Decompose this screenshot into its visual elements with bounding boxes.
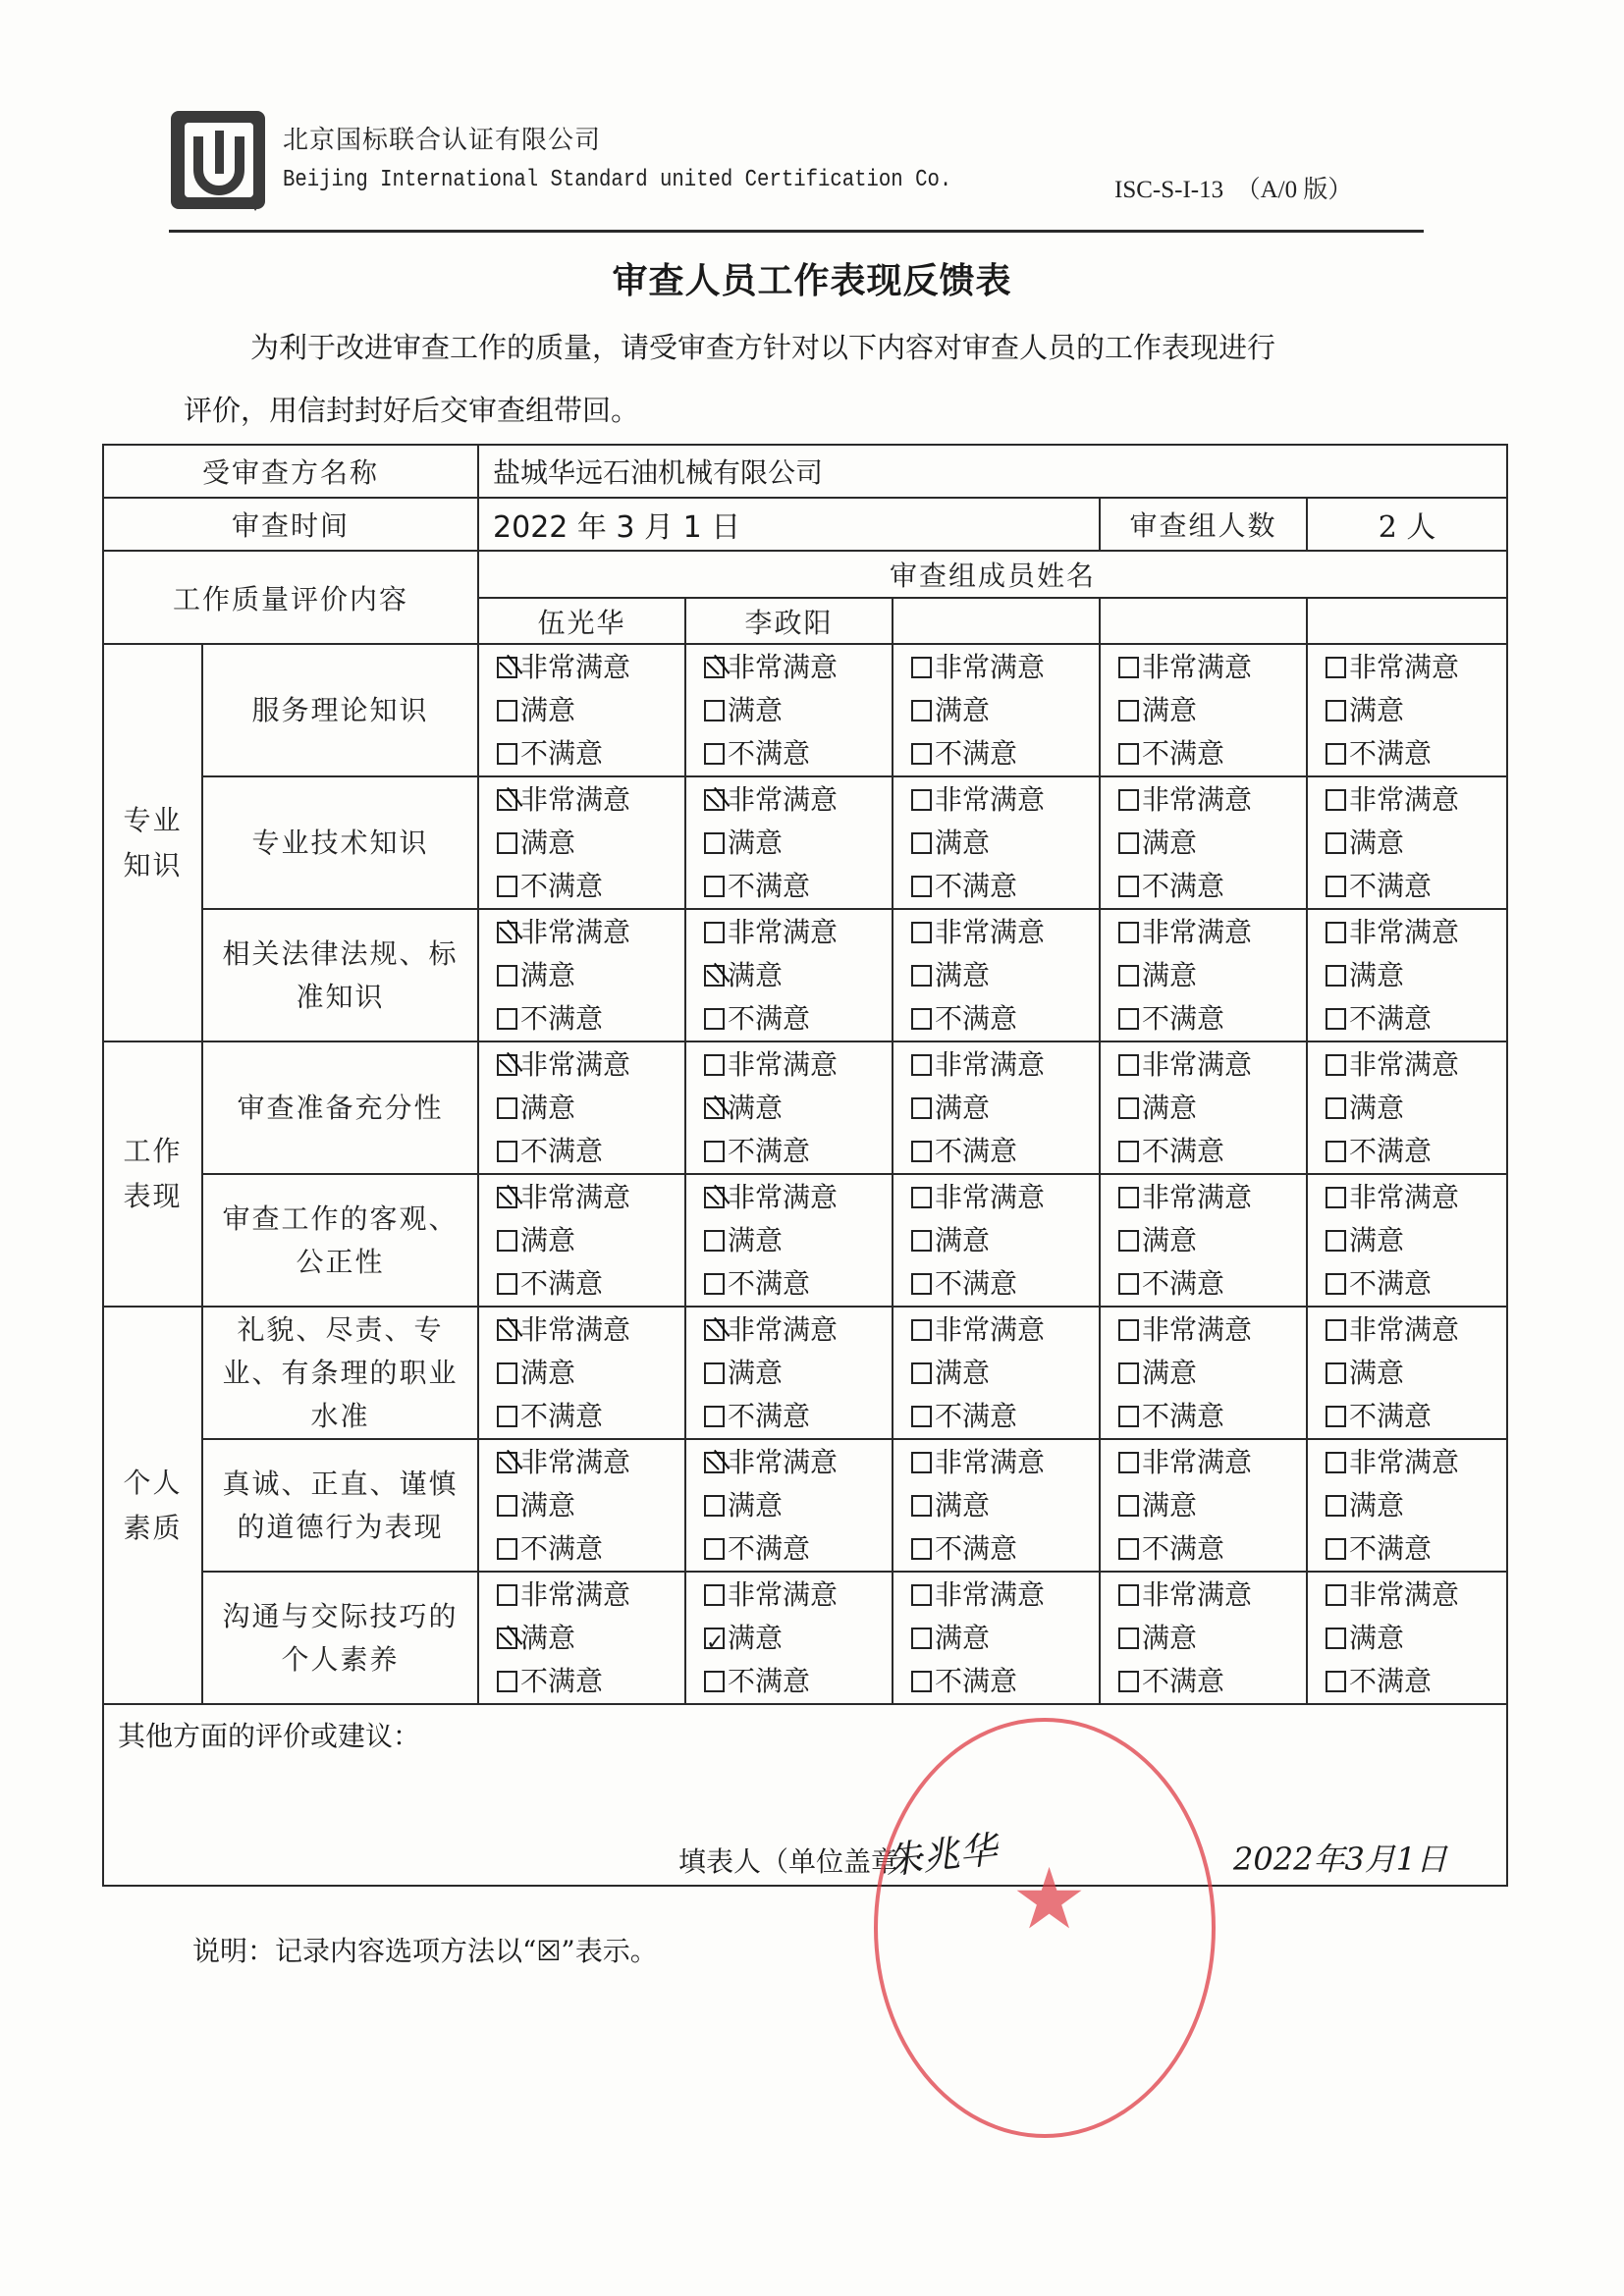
checkbox-empty-icon[interactable] — [497, 965, 517, 987]
rating-option[interactable]: 非常满意 — [497, 646, 684, 689]
rating-option[interactable]: 满意 — [1326, 689, 1506, 732]
checkbox-empty-icon[interactable] — [497, 1495, 517, 1517]
company-name-cn: 北京国标联合认证有限公司 — [283, 120, 601, 156]
checkbox-checked-icon[interactable] — [497, 1187, 517, 1208]
checkbox-empty-icon[interactable] — [911, 1628, 932, 1649]
rating-option[interactable]: 不满意 — [911, 865, 1099, 908]
rating-option[interactable]: 不满意 — [1326, 1262, 1506, 1306]
checkbox-empty-icon[interactable] — [1326, 1584, 1346, 1606]
checkbox-empty-icon[interactable] — [911, 657, 932, 678]
member-name-2[interactable]: 李政阳 — [685, 598, 893, 644]
rating-option-label: 不满意 — [728, 1665, 810, 1697]
rating-option-label: 不满意 — [935, 1400, 1017, 1432]
checkbox-empty-icon[interactable] — [497, 700, 517, 721]
checkbox-empty-icon[interactable] — [497, 1230, 517, 1252]
rating-cell: 非常满意满意不满意 — [685, 1041, 893, 1174]
checkbox-empty-icon[interactable] — [497, 1097, 517, 1119]
checkbox-empty-icon[interactable] — [497, 1273, 517, 1295]
rating-option-label: 满意 — [935, 1357, 990, 1389]
checkbox-empty-icon[interactable] — [911, 1187, 932, 1208]
checkbox-empty-icon[interactable] — [911, 1008, 932, 1030]
rating-option[interactable]: 非常满意 — [1326, 778, 1506, 822]
checkbox-empty-icon[interactable] — [911, 1406, 932, 1427]
rating-option[interactable]: 非常满意 — [704, 778, 892, 822]
checkbox-empty-icon[interactable] — [1118, 743, 1139, 765]
rating-option[interactable]: 满意 — [1118, 1617, 1306, 1660]
rating-option-label: 非常满意 — [1142, 1181, 1252, 1213]
rating-option[interactable]: 满意 — [497, 1484, 684, 1527]
rating-option-label: 不满意 — [520, 870, 603, 902]
rating-option[interactable]: 不满意 — [704, 1262, 892, 1306]
checkbox-checked-icon[interactable] — [497, 1319, 517, 1341]
rating-option[interactable]: 不满意 — [911, 1660, 1099, 1703]
rating-option[interactable]: 满意 — [911, 1087, 1099, 1130]
checkbox-empty-icon[interactable] — [911, 832, 932, 854]
rating-option[interactable]: 非常满意 — [497, 1574, 684, 1617]
rating-option[interactable]: 非常满意 — [497, 1176, 684, 1219]
checkbox-empty-icon[interactable] — [497, 1671, 517, 1692]
member-name-1[interactable]: 伍光华 — [478, 598, 685, 644]
checkbox-empty-icon[interactable] — [497, 1141, 517, 1162]
rating-option[interactable]: 不满意 — [911, 1262, 1099, 1306]
rating-option[interactable]: 不满意 — [704, 997, 892, 1041]
checkbox-empty-icon[interactable] — [911, 743, 932, 765]
checkbox-empty-icon[interactable] — [911, 700, 932, 721]
checkbox-empty-icon[interactable] — [704, 1362, 725, 1384]
criterion-row: 沟通与交际技巧的个人素养非常满意满意不满意非常满意满意不满意非常满意满意不满意非… — [103, 1572, 1507, 1704]
rating-option[interactable]: 满意 — [497, 822, 684, 865]
rating-option[interactable]: 满意 — [704, 1087, 892, 1130]
rating-option[interactable]: 非常满意 — [1118, 1574, 1306, 1617]
rating-option-label: 不满意 — [935, 1002, 1017, 1035]
checkbox-empty-icon[interactable] — [1118, 965, 1139, 987]
checkbox-empty-icon[interactable] — [911, 922, 932, 943]
rating-option[interactable]: 非常满意 — [704, 646, 892, 689]
checkbox-empty-icon[interactable] — [911, 1452, 932, 1473]
checkbox-empty-icon[interactable] — [911, 789, 932, 811]
rating-option[interactable]: 不满意 — [1118, 865, 1306, 908]
checkbox-empty-icon[interactable] — [1326, 1538, 1346, 1560]
checkbox-empty-icon[interactable] — [911, 1671, 932, 1692]
checkbox-empty-icon[interactable] — [1118, 789, 1139, 811]
checkbox-empty-icon[interactable] — [911, 1097, 932, 1119]
checkbox-empty-icon[interactable] — [1326, 1273, 1346, 1295]
rating-cell: 非常满意满意不满意 — [478, 909, 685, 1041]
checkbox-checked-icon[interactable] — [497, 1452, 517, 1473]
rating-cell: 非常满意满意不满意 — [478, 1307, 685, 1439]
rating-option-label: 不满意 — [520, 1400, 603, 1432]
checkbox-empty-icon[interactable] — [704, 1141, 725, 1162]
checkbox-empty-icon[interactable] — [1118, 700, 1139, 721]
checkbox-empty-icon[interactable] — [1326, 876, 1346, 897]
member-name-4[interactable] — [1100, 598, 1307, 644]
rating-option[interactable]: 满意 — [704, 689, 892, 732]
rating-option[interactable]: 满意 — [911, 1352, 1099, 1395]
rating-option-label: 满意 — [935, 1489, 990, 1522]
rating-option-label: 不满意 — [1142, 1002, 1224, 1035]
checkbox-empty-icon[interactable] — [497, 1538, 517, 1560]
rating-option[interactable]: 不满意 — [1118, 1130, 1306, 1173]
checkbox-empty-icon[interactable] — [704, 1671, 725, 1692]
checkbox-empty-icon[interactable] — [704, 922, 725, 943]
rating-option-label: 不满意 — [1349, 1665, 1432, 1697]
rating-option-label: 非常满意 — [1349, 651, 1459, 683]
rating-option-label: 满意 — [935, 1622, 990, 1654]
rating-option[interactable]: 非常满意 — [911, 646, 1099, 689]
rating-option[interactable]: 不满意 — [497, 1395, 684, 1438]
checkbox-empty-icon[interactable] — [1118, 1495, 1139, 1517]
rating-option[interactable]: 非常满意 — [1118, 778, 1306, 822]
rating-option[interactable]: 非常满意 — [1118, 1308, 1306, 1352]
checkbox-empty-icon[interactable] — [1326, 789, 1346, 811]
checkbox-empty-icon[interactable] — [1326, 1230, 1346, 1252]
checkbox-empty-icon[interactable] — [1326, 743, 1346, 765]
rating-option[interactable]: 满意 — [911, 954, 1099, 997]
rating-option-label: 满意 — [728, 1092, 783, 1124]
team-size-field[interactable]: 2 人 — [1307, 498, 1507, 551]
rating-option[interactable]: 非常满意 — [1326, 1043, 1506, 1087]
rating-option[interactable]: 满意 — [911, 689, 1099, 732]
rating-option[interactable]: 非常满意 — [704, 1308, 892, 1352]
rating-option[interactable]: 不满意 — [1326, 1660, 1506, 1703]
checkbox-empty-icon[interactable] — [704, 1054, 725, 1076]
checkbox-empty-icon[interactable] — [1326, 1495, 1346, 1517]
checkbox-empty-icon[interactable] — [704, 1230, 725, 1252]
checkbox-empty-icon[interactable] — [1118, 1319, 1139, 1341]
checkbox-empty-icon[interactable] — [1118, 922, 1139, 943]
rating-cell: 非常满意满意不满意 — [1307, 1174, 1507, 1307]
checkbox-empty-icon[interactable] — [911, 1362, 932, 1384]
checkbox-empty-icon[interactable] — [911, 1054, 932, 1076]
rating-option-label: 满意 — [1349, 1224, 1404, 1256]
checkbox-empty-icon[interactable] — [1118, 657, 1139, 678]
rating-option-label: 满意 — [1142, 694, 1197, 726]
comments-section: 其他方面的评价或建议： 填表人（单位盖章）： 朱兆华 2022年3月1日 — [103, 1704, 1507, 1886]
checkbox-empty-icon[interactable] — [497, 876, 517, 897]
checkbox-empty-icon[interactable] — [497, 1584, 517, 1606]
checkbox-empty-icon[interactable] — [1326, 1008, 1346, 1030]
rating-option[interactable]: 满意 — [1326, 1087, 1506, 1130]
rating-option[interactable]: 非常满意 — [497, 1308, 684, 1352]
rating-option[interactable]: 满意 — [911, 822, 1099, 865]
rating-option[interactable]: 不满意 — [911, 1130, 1099, 1173]
audit-date-label: 审查时间 — [103, 498, 478, 551]
rating-option[interactable]: 满意 — [497, 1087, 684, 1130]
rating-option[interactable]: 不满意 — [497, 1527, 684, 1571]
rating-option[interactable]: 非常满意 — [911, 1441, 1099, 1484]
checkbox-checked-icon[interactable] — [497, 1054, 517, 1076]
rating-option[interactable]: 满意 — [704, 1352, 892, 1395]
checkbox-checked-icon[interactable] — [497, 1628, 517, 1649]
rating-option[interactable]: 非常满意 — [497, 911, 684, 954]
checkbox-empty-icon[interactable] — [704, 700, 725, 721]
rating-option[interactable]: 不满意 — [704, 865, 892, 908]
checkbox-checked-icon[interactable] — [497, 922, 517, 943]
checkbox-empty-icon[interactable] — [1326, 1671, 1346, 1692]
rating-option[interactable]: 非常满意 — [497, 1441, 684, 1484]
rating-option[interactable]: 不满意 — [497, 732, 684, 775]
rating-option[interactable]: 非常满意 — [911, 911, 1099, 954]
checkbox-checked-icon[interactable] — [704, 1628, 725, 1649]
checkbox-empty-icon[interactable] — [911, 1319, 932, 1341]
checkbox-empty-icon[interactable] — [1118, 1097, 1139, 1119]
rating-option[interactable]: 满意 — [1118, 1352, 1306, 1395]
rating-cell: 非常满意满意不满意 — [893, 776, 1100, 909]
rating-option-label: 不满意 — [935, 1532, 1017, 1565]
rating-option[interactable]: 非常满意 — [911, 1308, 1099, 1352]
audit-date-field[interactable]: 2022 年 3 月 1 日 — [478, 498, 1100, 551]
rating-option-label: 不满意 — [1349, 1400, 1432, 1432]
checkbox-empty-icon[interactable] — [1118, 1671, 1139, 1692]
member-name-5[interactable] — [1307, 598, 1507, 644]
rating-option[interactable]: 满意 — [704, 954, 892, 997]
checkbox-empty-icon[interactable] — [1326, 1628, 1346, 1649]
rating-option[interactable]: 满意 — [1326, 954, 1506, 997]
rating-option[interactable]: 满意 — [1326, 822, 1506, 865]
rating-option[interactable]: 满意 — [1326, 1352, 1506, 1395]
rating-option-label: 满意 — [1349, 1622, 1404, 1654]
rating-option[interactable]: 不满意 — [1118, 1395, 1306, 1438]
checkbox-empty-icon[interactable] — [704, 832, 725, 854]
rating-option[interactable]: 满意 — [704, 822, 892, 865]
rating-option[interactable]: 满意 — [704, 1484, 892, 1527]
checkbox-checked-icon[interactable] — [704, 965, 725, 987]
rating-option[interactable]: 满意 — [1118, 1219, 1306, 1262]
rating-option[interactable]: 非常满意 — [911, 1043, 1099, 1087]
rating-option-label: 不满意 — [935, 737, 1017, 770]
checkbox-empty-icon[interactable] — [911, 1495, 932, 1517]
rating-option-label: 非常满意 — [1142, 1446, 1252, 1478]
rating-option[interactable]: 不满意 — [911, 1527, 1099, 1571]
checkbox-empty-icon[interactable] — [1326, 1362, 1346, 1384]
checkbox-checked-icon[interactable] — [704, 657, 725, 678]
checkbox-empty-icon[interactable] — [911, 1141, 932, 1162]
criterion-row: 工作 表现审查准备充分性非常满意满意不满意非常满意满意不满意非常满意满意不满意非… — [103, 1041, 1507, 1174]
rating-option-label: 非常满意 — [935, 1313, 1045, 1346]
rating-option[interactable]: 满意 — [497, 954, 684, 997]
rating-option[interactable]: 不满意 — [1118, 1660, 1306, 1703]
rating-option[interactable]: 不满意 — [1118, 997, 1306, 1041]
rating-option-label: 非常满意 — [935, 783, 1045, 816]
checkbox-empty-icon[interactable] — [1118, 1452, 1139, 1473]
checkbox-empty-icon[interactable] — [911, 1230, 932, 1252]
rating-option[interactable]: 非常满意 — [1118, 911, 1306, 954]
rating-option-label: 非常满意 — [1142, 1578, 1252, 1611]
rating-option[interactable]: 满意 — [1118, 1484, 1306, 1527]
rating-option[interactable]: 满意 — [1118, 1087, 1306, 1130]
checkbox-empty-icon[interactable] — [911, 1273, 932, 1295]
rating-option[interactable]: 满意 — [1326, 1617, 1506, 1660]
rating-option[interactable]: 不满意 — [704, 1527, 892, 1571]
checkbox-empty-icon[interactable] — [1118, 1187, 1139, 1208]
rating-option[interactable]: 不满意 — [704, 1395, 892, 1438]
checkbox-empty-icon[interactable] — [1326, 657, 1346, 678]
rating-option[interactable]: 满意 — [497, 1352, 684, 1395]
rating-option[interactable]: 满意 — [1118, 689, 1306, 732]
rating-option[interactable]: 不满意 — [1326, 1395, 1506, 1438]
checkbox-empty-icon[interactable] — [911, 965, 932, 987]
checkbox-empty-icon[interactable] — [704, 1406, 725, 1427]
checkbox-empty-icon[interactable] — [497, 1362, 517, 1384]
checkbox-empty-icon[interactable] — [1326, 922, 1346, 943]
rating-option[interactable]: 满意 — [497, 1617, 684, 1660]
rating-option[interactable]: 不满意 — [497, 997, 684, 1041]
rating-option[interactable]: 非常满意 — [1326, 1176, 1506, 1219]
rating-option-label: 非常满意 — [520, 651, 630, 683]
rating-option[interactable]: 非常满意 — [911, 1176, 1099, 1219]
checkbox-empty-icon[interactable] — [1118, 1008, 1139, 1030]
rating-option[interactable]: 满意 — [911, 1617, 1099, 1660]
rating-option-label: 不满意 — [935, 1135, 1017, 1167]
rating-option-label: 非常满意 — [935, 651, 1045, 683]
rating-option[interactable]: 不满意 — [704, 732, 892, 775]
auditee-name-field[interactable]: 盐城华远石油机械有限公司 — [478, 445, 1507, 498]
checkbox-empty-icon[interactable] — [1118, 876, 1139, 897]
rating-option[interactable]: 非常满意 — [911, 1574, 1099, 1617]
rating-option-label: 非常满意 — [935, 1578, 1045, 1611]
checkbox-empty-icon[interactable] — [1118, 1054, 1139, 1076]
checkbox-empty-icon[interactable] — [497, 743, 517, 765]
checkbox-empty-icon[interactable] — [911, 1584, 932, 1606]
checkbox-empty-icon[interactable] — [1326, 965, 1346, 987]
rating-option[interactable]: 不满意 — [1118, 1262, 1306, 1306]
checkbox-empty-icon[interactable] — [1326, 1406, 1346, 1427]
checkbox-empty-icon[interactable] — [704, 1495, 725, 1517]
checkbox-checked-icon[interactable] — [704, 1097, 725, 1119]
rating-option[interactable]: 不满意 — [1118, 732, 1306, 775]
rating-option[interactable]: 非常满意 — [1326, 1308, 1506, 1352]
rating-option-label: 非常满意 — [1142, 1313, 1252, 1346]
rating-option-label: 满意 — [1142, 1224, 1197, 1256]
rating-cell: 非常满意满意不满意 — [1100, 776, 1307, 909]
rating-option[interactable]: 不满意 — [497, 865, 684, 908]
rating-option-label: 不满意 — [1142, 1400, 1224, 1432]
checkbox-empty-icon[interactable] — [911, 876, 932, 897]
rating-option-label: 满意 — [728, 1489, 783, 1522]
rating-option-label: 不满意 — [520, 1665, 603, 1697]
checkbox-empty-icon[interactable] — [704, 1008, 725, 1030]
rating-option[interactable]: 不满意 — [497, 1262, 684, 1306]
checkbox-checked-icon[interactable] — [704, 1452, 725, 1473]
rating-option[interactable]: 不满意 — [911, 997, 1099, 1041]
rating-cell: 非常满意满意不满意 — [893, 1041, 1100, 1174]
checkbox-empty-icon[interactable] — [1326, 1452, 1346, 1473]
checkbox-checked-icon[interactable] — [704, 1187, 725, 1208]
checkbox-empty-icon[interactable] — [497, 1406, 517, 1427]
checkbox-checked-icon[interactable] — [704, 1319, 725, 1341]
rating-cell: 非常满意满意不满意 — [1307, 1572, 1507, 1704]
rating-cell: 非常满意满意不满意 — [1100, 1307, 1307, 1439]
rating-option[interactable]: 非常满意 — [1326, 1574, 1506, 1617]
rating-option[interactable]: 不满意 — [1326, 1130, 1506, 1173]
rating-option[interactable]: 非常满意 — [1118, 1176, 1306, 1219]
checkbox-empty-icon[interactable] — [1118, 832, 1139, 854]
rating-option[interactable]: 不满意 — [1326, 732, 1506, 775]
checkbox-empty-icon[interactable] — [1326, 832, 1346, 854]
rating-option[interactable]: 满意 — [1326, 1219, 1506, 1262]
rating-option[interactable]: 非常满意 — [704, 1043, 892, 1087]
rating-option[interactable]: 满意 — [704, 1219, 892, 1262]
checkbox-empty-icon[interactable] — [1326, 1141, 1346, 1162]
rating-option[interactable]: 非常满意 — [1326, 1441, 1506, 1484]
checkbox-empty-icon[interactable] — [704, 876, 725, 897]
rating-cell: 非常满意满意不满意 — [685, 1307, 893, 1439]
checkbox-empty-icon[interactable] — [1326, 1054, 1346, 1076]
rating-option[interactable]: 不满意 — [1326, 1527, 1506, 1571]
checkbox-empty-icon[interactable] — [1326, 700, 1346, 721]
checkbox-empty-icon[interactable] — [497, 832, 517, 854]
rating-option[interactable]: 非常满意 — [497, 1043, 684, 1087]
rating-option[interactable]: 非常满意 — [704, 1176, 892, 1219]
rating-option[interactable]: 满意 — [704, 1617, 892, 1660]
rating-option[interactable]: 非常满意 — [704, 1441, 892, 1484]
rating-option-label: 满意 — [1349, 1489, 1404, 1522]
rating-option[interactable]: 不满意 — [497, 1130, 684, 1173]
rating-option[interactable]: 满意 — [911, 1484, 1099, 1527]
rating-option[interactable]: 不满意 — [704, 1130, 892, 1173]
rating-option[interactable]: 不满意 — [911, 732, 1099, 775]
rating-option[interactable]: 非常满意 — [911, 778, 1099, 822]
rating-option[interactable]: 非常满意 — [704, 911, 892, 954]
rating-option[interactable]: 满意 — [497, 1219, 684, 1262]
rating-option[interactable]: 非常满意 — [1118, 646, 1306, 689]
rating-option[interactable]: 非常满意 — [1326, 646, 1506, 689]
checkbox-empty-icon[interactable] — [1326, 1097, 1346, 1119]
member-name-3[interactable] — [893, 598, 1100, 644]
checkbox-empty-icon[interactable] — [497, 1008, 517, 1030]
rating-option[interactable]: 不满意 — [1118, 1527, 1306, 1571]
checkbox-checked-icon[interactable] — [704, 789, 725, 811]
checkbox-empty-icon[interactable] — [704, 1273, 725, 1295]
rating-option[interactable]: 满意 — [1118, 822, 1306, 865]
rating-option[interactable]: 满意 — [1326, 1484, 1506, 1527]
rating-option[interactable]: 非常满意 — [1118, 1043, 1306, 1087]
checkbox-checked-icon[interactable] — [497, 789, 517, 811]
rating-option[interactable]: 非常满意 — [704, 1574, 892, 1617]
checkbox-empty-icon[interactable] — [1118, 1538, 1139, 1560]
checkbox-empty-icon[interactable] — [704, 743, 725, 765]
checkbox-empty-icon[interactable] — [704, 1538, 725, 1560]
checkbox-empty-icon[interactable] — [1118, 1141, 1139, 1162]
rating-option[interactable]: 满意 — [911, 1219, 1099, 1262]
checkbox-empty-icon[interactable] — [1118, 1362, 1139, 1384]
rating-option[interactable]: 不满意 — [911, 1395, 1099, 1438]
rating-option[interactable]: 非常满意 — [1118, 1441, 1306, 1484]
rating-option[interactable]: 不满意 — [1326, 865, 1506, 908]
rating-option[interactable]: 不满意 — [704, 1660, 892, 1703]
checkbox-checked-icon[interactable] — [497, 657, 517, 678]
criterion-label: 服务理论知识 — [202, 644, 478, 776]
checkbox-empty-icon[interactable] — [1118, 1584, 1139, 1606]
checkbox-empty-icon[interactable] — [911, 1538, 932, 1560]
category-label: 专业 知识 — [103, 644, 202, 1041]
rating-option[interactable]: 不满意 — [1326, 997, 1506, 1041]
checkbox-empty-icon[interactable] — [1326, 1319, 1346, 1341]
rating-option[interactable]: 满意 — [497, 689, 684, 732]
checkbox-empty-icon[interactable] — [1118, 1406, 1139, 1427]
rating-option[interactable]: 满意 — [1118, 954, 1306, 997]
rating-cell: 非常满意满意不满意 — [893, 1174, 1100, 1307]
checkbox-empty-icon[interactable] — [1326, 1187, 1346, 1208]
rating-option[interactable]: 非常满意 — [497, 778, 684, 822]
checkbox-empty-icon[interactable] — [1118, 1628, 1139, 1649]
rating-option[interactable]: 非常满意 — [1326, 911, 1506, 954]
rating-option[interactable]: 不满意 — [497, 1660, 684, 1703]
checkbox-empty-icon[interactable] — [704, 1584, 725, 1606]
checkbox-empty-icon[interactable] — [1118, 1230, 1139, 1252]
checkbox-empty-icon[interactable] — [1118, 1273, 1139, 1295]
criterion-row: 审查工作的客观、公正性非常满意满意不满意非常满意满意不满意非常满意满意不满意非常… — [103, 1174, 1507, 1307]
